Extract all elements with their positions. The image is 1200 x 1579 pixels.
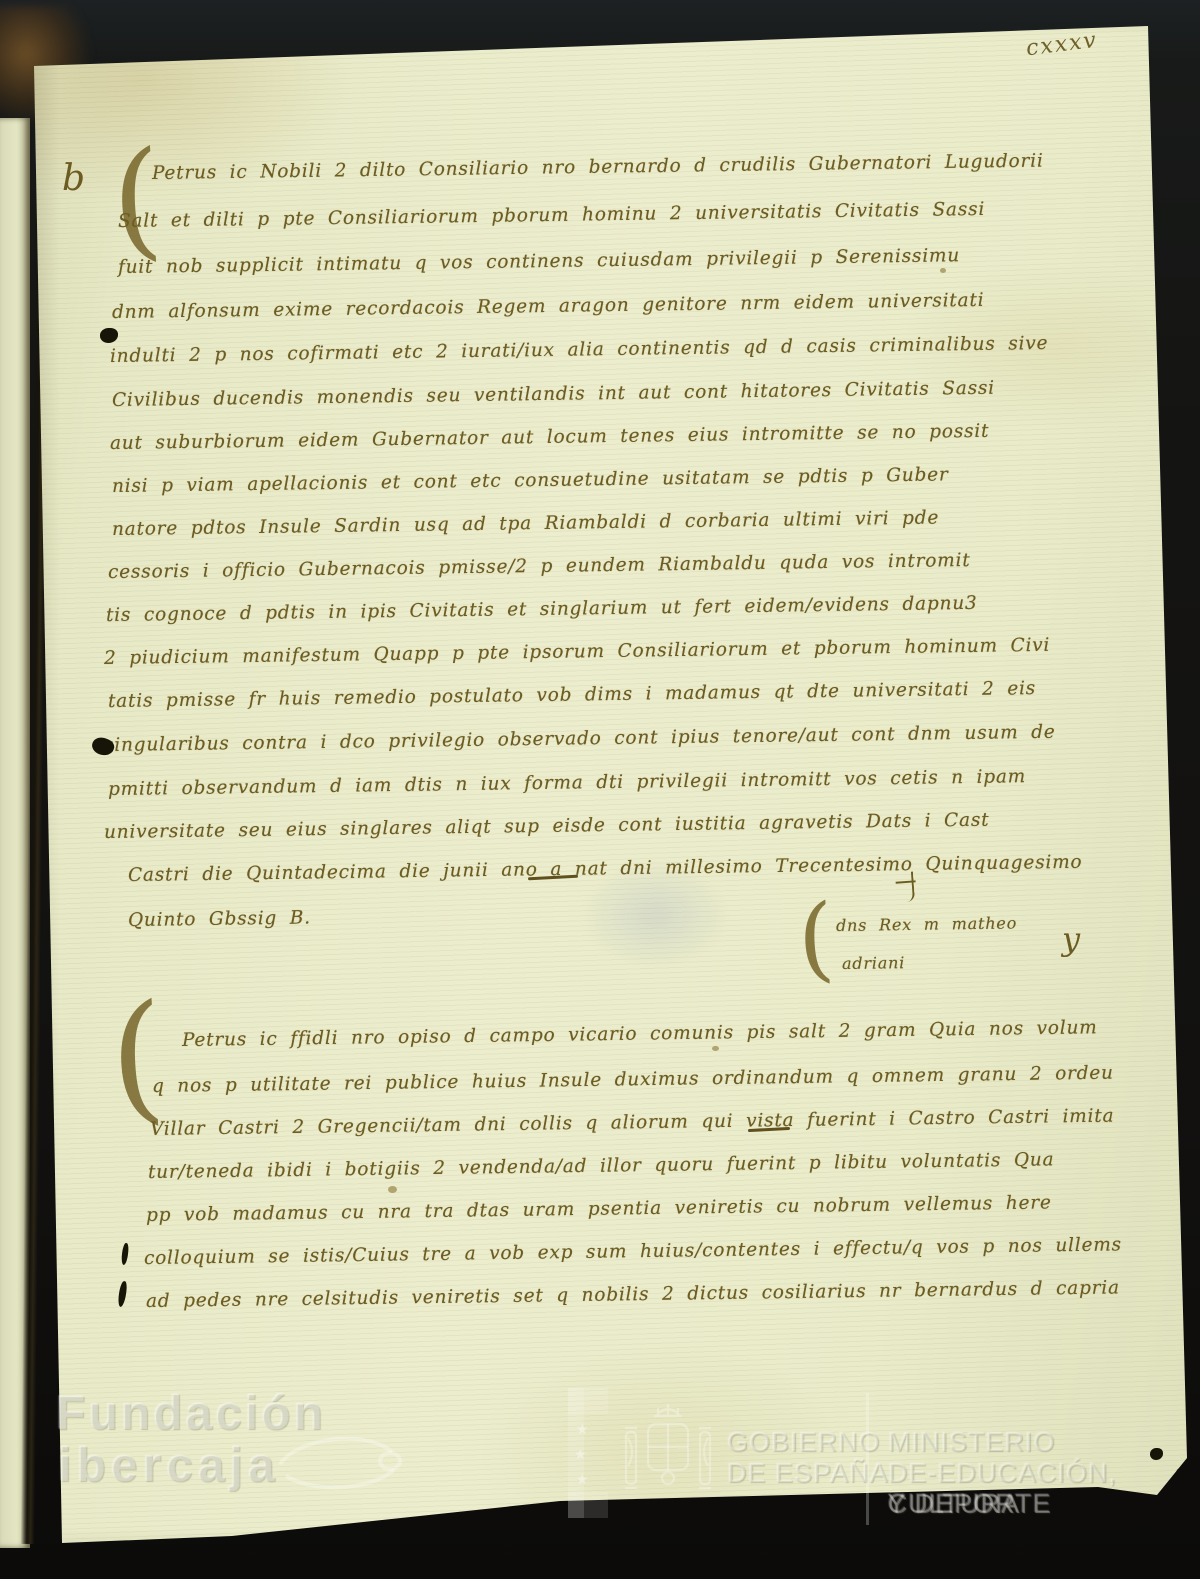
paraph-mark [897,871,915,902]
bracket-cap-bottom [568,1492,608,1518]
bracket-cap-top [568,1388,608,1414]
chancery-note-line: adriani [842,953,905,973]
gobierno-watermark-line1: GOBIERNO [727,1427,881,1458]
ibercaja-logo [272,1418,412,1498]
ibercaja-watermark-line2: ibercaja [58,1438,279,1493]
gobierno-watermark-line2: DE ESPAÑA [727,1458,889,1489]
chancery-note-paren: ( [796,897,836,982]
paper-stain [712,1046,719,1051]
paper-stain [388,1186,397,1193]
star-icon: ★ [576,1472,589,1488]
ink-showthrough [580,860,730,970]
spain-coat-of-arms-icon [618,1398,718,1513]
star-icon: ★ [576,1422,589,1438]
paragraph2-opening-paren: ( [107,994,168,1123]
star-icon: ★ [574,1447,587,1463]
archival-scan: cxxxv b ( Petrus ic Nobili 2 dilto Consi… [0,0,1200,1579]
chancery-note-flourish: y [1062,920,1080,958]
watermark-divider-line [866,1393,869,1525]
manuscript-closing-line: Quinto Gbssig B. [128,907,311,931]
ministerio-watermark-line1: MINISTERIO [888,1427,1056,1458]
gathering-letter: b [62,158,85,199]
paragraph1-opening-paren: ( [109,141,165,259]
paper-stain [940,268,946,273]
ministerio-watermark-line3: Y DEPORTE [888,1489,1052,1520]
chancery-note-line: dns Rex m matheo [836,913,1017,935]
manuscript-page: cxxxv b ( Petrus ic Nobili 2 dilto Consi… [0,0,1200,1579]
